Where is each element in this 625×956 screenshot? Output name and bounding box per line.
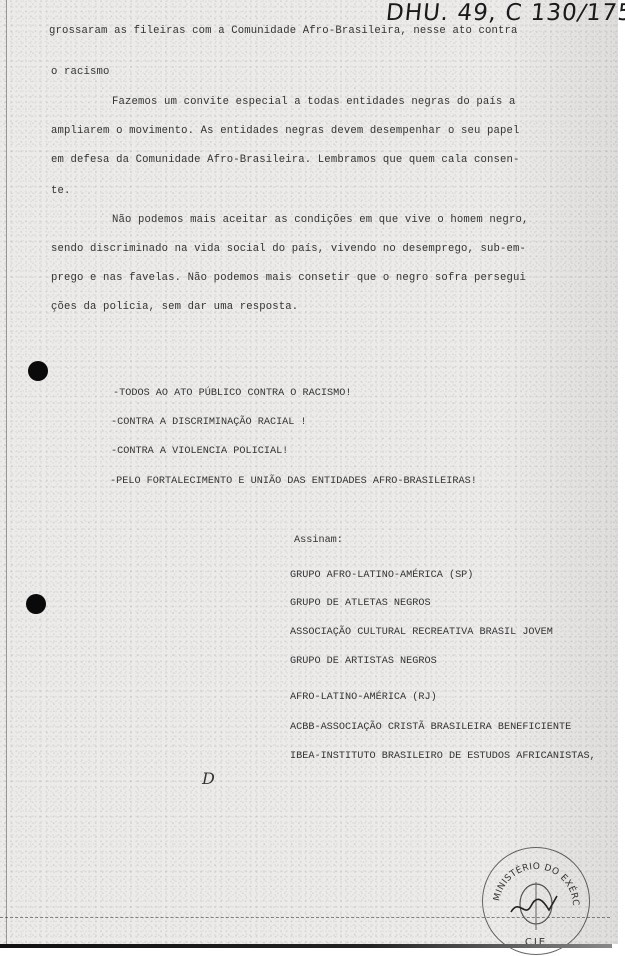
handwritten-mark: D [202, 769, 215, 788]
page-bottom-edge [0, 944, 612, 948]
body-line: prego e nas favelas. Não podemos mais co… [51, 272, 526, 284]
signatories-heading: Assinam: [294, 535, 343, 547]
page-left-edge [6, 0, 7, 944]
body-line: sendo discriminado na vida social do paí… [51, 243, 526, 255]
document-page: DHU. 49, C 130/175 grossaram as fileiras… [0, 0, 618, 944]
official-stamp: MINISTÉRIO DO EXÉRCITO CIE [482, 847, 590, 955]
signatory-item: GRUPO DE ATLETAS NEGROS [290, 598, 431, 610]
signatory-item: IBEA-INSTITUTO BRASILEIRO DE ESTUDOS AFR… [290, 751, 596, 763]
body-line: Não podemos mais aceitar as condições em… [112, 214, 528, 226]
body-line: ções da polícia, sem dar uma resposta. [51, 301, 298, 313]
signatory-item: AFRO-LATINO-AMÉRICA (RJ) [290, 692, 437, 704]
reference-prefix: DHU. 49, C 130 [385, 0, 579, 26]
slogan-line: -CONTRA A DISCRIMINAÇÃO RACIAL ! [111, 417, 307, 429]
body-line: grossaram as fileiras com a Comunidade A… [49, 25, 518, 37]
slogan-line: -TODOS AO ATO PÚBLICO CONTRA O RACISMO! [113, 388, 351, 400]
signatory-item: ACBB-ASSOCIAÇÃO CRISTÃ BRASILEIRA BENEFI… [290, 722, 571, 734]
signatory-item: GRUPO AFRO-LATINO-AMÉRICA (SP) [290, 570, 473, 582]
svg-text:MINISTÉRIO DO EXÉRCITO: MINISTÉRIO DO EXÉRCITO [483, 848, 580, 907]
punch-hole-bottom [26, 594, 46, 614]
body-line: te. [51, 185, 71, 197]
slogan-line: -CONTRA A VIOLENCIA POLICIAL! [111, 446, 288, 458]
body-line: Fazemos um convite especial a todas enti… [112, 96, 515, 108]
signatory-item: ASSOCIAÇÃO CULTURAL RECREATIVA BRASIL JO… [290, 627, 553, 639]
body-line: em defesa da Comunidade Afro-Brasileira.… [51, 154, 520, 166]
reference-suffix: 175 [585, 0, 625, 26]
punch-hole-top [28, 361, 48, 381]
signatory-item: GRUPO DE ARTISTAS NEGROS [290, 656, 437, 668]
archive-reference-note: DHU. 49, C 130/175 [385, 0, 625, 26]
body-line: ampliarem o movimento. As entidades negr… [51, 125, 520, 137]
slogan-line: -PELO FORTALECIMENTO E UNIÃO DAS ENTIDAD… [110, 476, 477, 488]
body-line: o racismo [51, 66, 110, 78]
stamp-emblem-icon: MINISTÉRIO DO EXÉRCITO CIE [483, 848, 589, 954]
